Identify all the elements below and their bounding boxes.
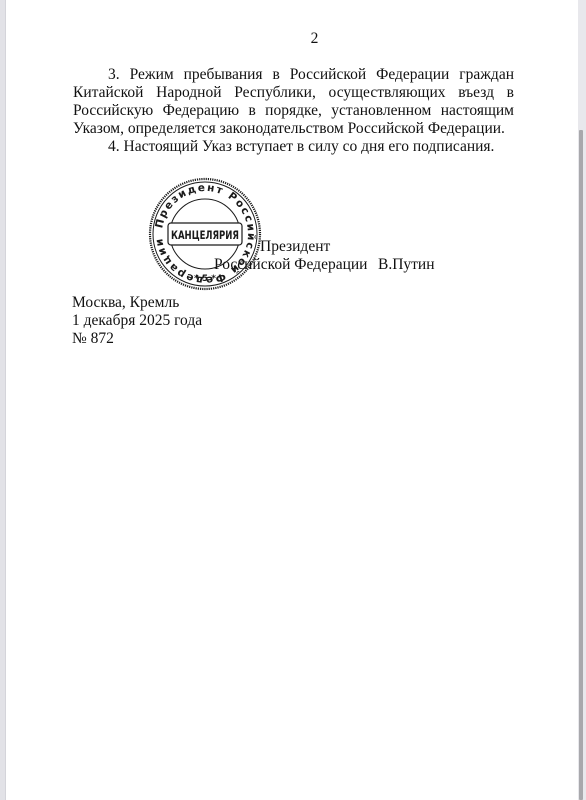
signature-block: Президент Российской Федерации В.Путин [6, 0, 579, 800]
signatory-name: В.Путин [378, 256, 435, 274]
signing-place: Москва, Кремль [72, 294, 202, 312]
signing-date: 1 декабря 2025 года [72, 312, 202, 330]
decree-number: № 872 [72, 330, 202, 348]
decree-footer: Москва, Кремль 1 декабря 2025 года № 872 [72, 294, 202, 348]
document-viewer: 2 3. Режим пребывания в Российской Федер… [0, 0, 586, 800]
vertical-scrollbar[interactable] [578, 0, 586, 800]
signatory-title-line2: Российской Федерации [214, 256, 367, 274]
scrollbar-thumb[interactable] [579, 130, 583, 800]
document-page: 2 3. Режим пребывания в Российской Федер… [5, 0, 579, 800]
signatory-title-line1: Президент [260, 238, 330, 256]
